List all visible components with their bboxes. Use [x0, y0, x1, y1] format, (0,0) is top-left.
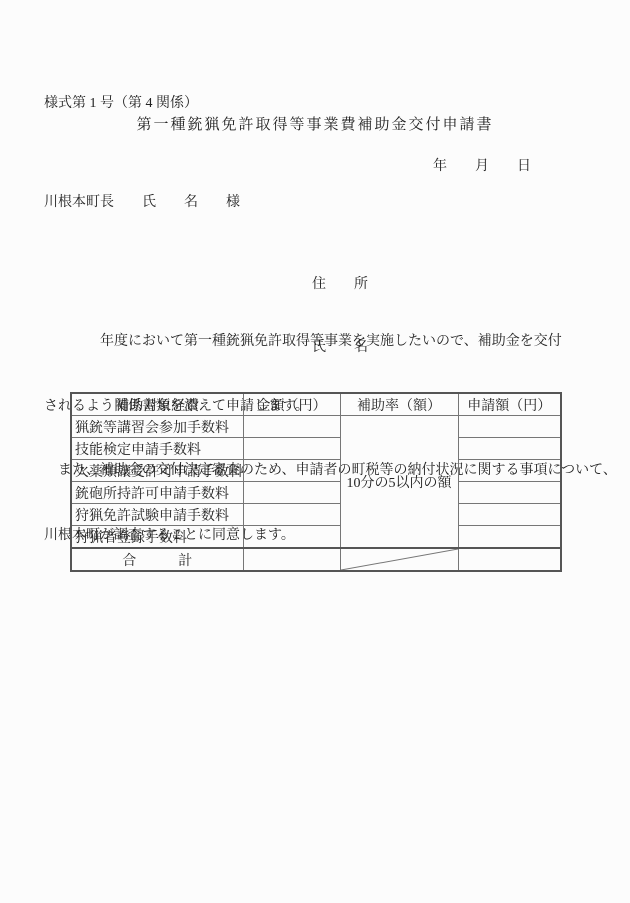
request-cell — [458, 416, 561, 438]
total-amount-cell — [243, 548, 340, 571]
expense-label: 猟銃等講習会参加手数料 — [71, 416, 243, 438]
amount-cell — [243, 504, 340, 526]
table-row: 銃砲所持許可申請手数料 — [71, 482, 561, 504]
request-cell — [458, 504, 561, 526]
addressee-line: 川根本町長 氏 名 様 — [44, 196, 240, 210]
amount-cell — [243, 526, 340, 549]
table-row: 火薬類譲受許可申請手数料 — [71, 460, 561, 482]
expense-label: 狩猟者登録手数料 — [71, 526, 243, 549]
table-header-row: 補助対象経費 金額（円） 補助率（額） 申請額（円） — [71, 393, 561, 416]
total-label: 合 計 — [71, 548, 243, 571]
col-header-amount: 金額（円） — [243, 393, 340, 416]
form-number: 様式第 1 号（第 4 関係） — [44, 97, 198, 111]
request-cell — [458, 482, 561, 504]
table-row: 狩猟者登録手数料 — [71, 526, 561, 549]
diagonal-line-icon — [341, 549, 458, 570]
date-line: 年 月 日 — [433, 160, 531, 174]
expense-label: 狩猟免許試験申請手数料 — [71, 504, 243, 526]
amount-cell — [243, 482, 340, 504]
request-cell — [458, 526, 561, 549]
amount-cell — [243, 416, 340, 438]
expense-table: 補助対象経費 金額（円） 補助率（額） 申請額（円） 猟銃等講習会参加手数料 1… — [70, 392, 562, 572]
document-page: 様式第 1 号（第 4 関係） 第一種銃猟免許取得等事業費補助金交付申請書 年 … — [0, 0, 630, 903]
amount-cell — [243, 460, 340, 482]
expense-label: 火薬類譲受許可申請手数料 — [71, 460, 243, 482]
rate-note-cell: 10分の5以内の額 — [340, 416, 458, 549]
table-row: 猟銃等講習会参加手数料 10分の5以内の額 — [71, 416, 561, 438]
amount-cell — [243, 438, 340, 460]
rate-strikeout-cell — [340, 548, 458, 571]
request-cell — [458, 438, 561, 460]
table-row: 狩猟免許試験申請手数料 — [71, 504, 561, 526]
body-line: 年度において第一種銃猟免許取得等事業を実施したいので、補助金を交付 — [44, 331, 610, 353]
total-request-cell — [458, 548, 561, 571]
expense-label: 銃砲所持許可申請手数料 — [71, 482, 243, 504]
document-title: 第一種銃猟免許取得等事業費補助金交付申請書 — [0, 118, 630, 133]
request-cell — [458, 460, 561, 482]
col-header-expense: 補助対象経費 — [71, 393, 243, 416]
table-row: 技能検定申請手数料 — [71, 438, 561, 460]
col-header-request: 申請額（円） — [458, 393, 561, 416]
expense-label: 技能検定申請手数料 — [71, 438, 243, 460]
col-header-rate: 補助率（額） — [340, 393, 458, 416]
table-total-row: 合 計 — [71, 548, 561, 571]
